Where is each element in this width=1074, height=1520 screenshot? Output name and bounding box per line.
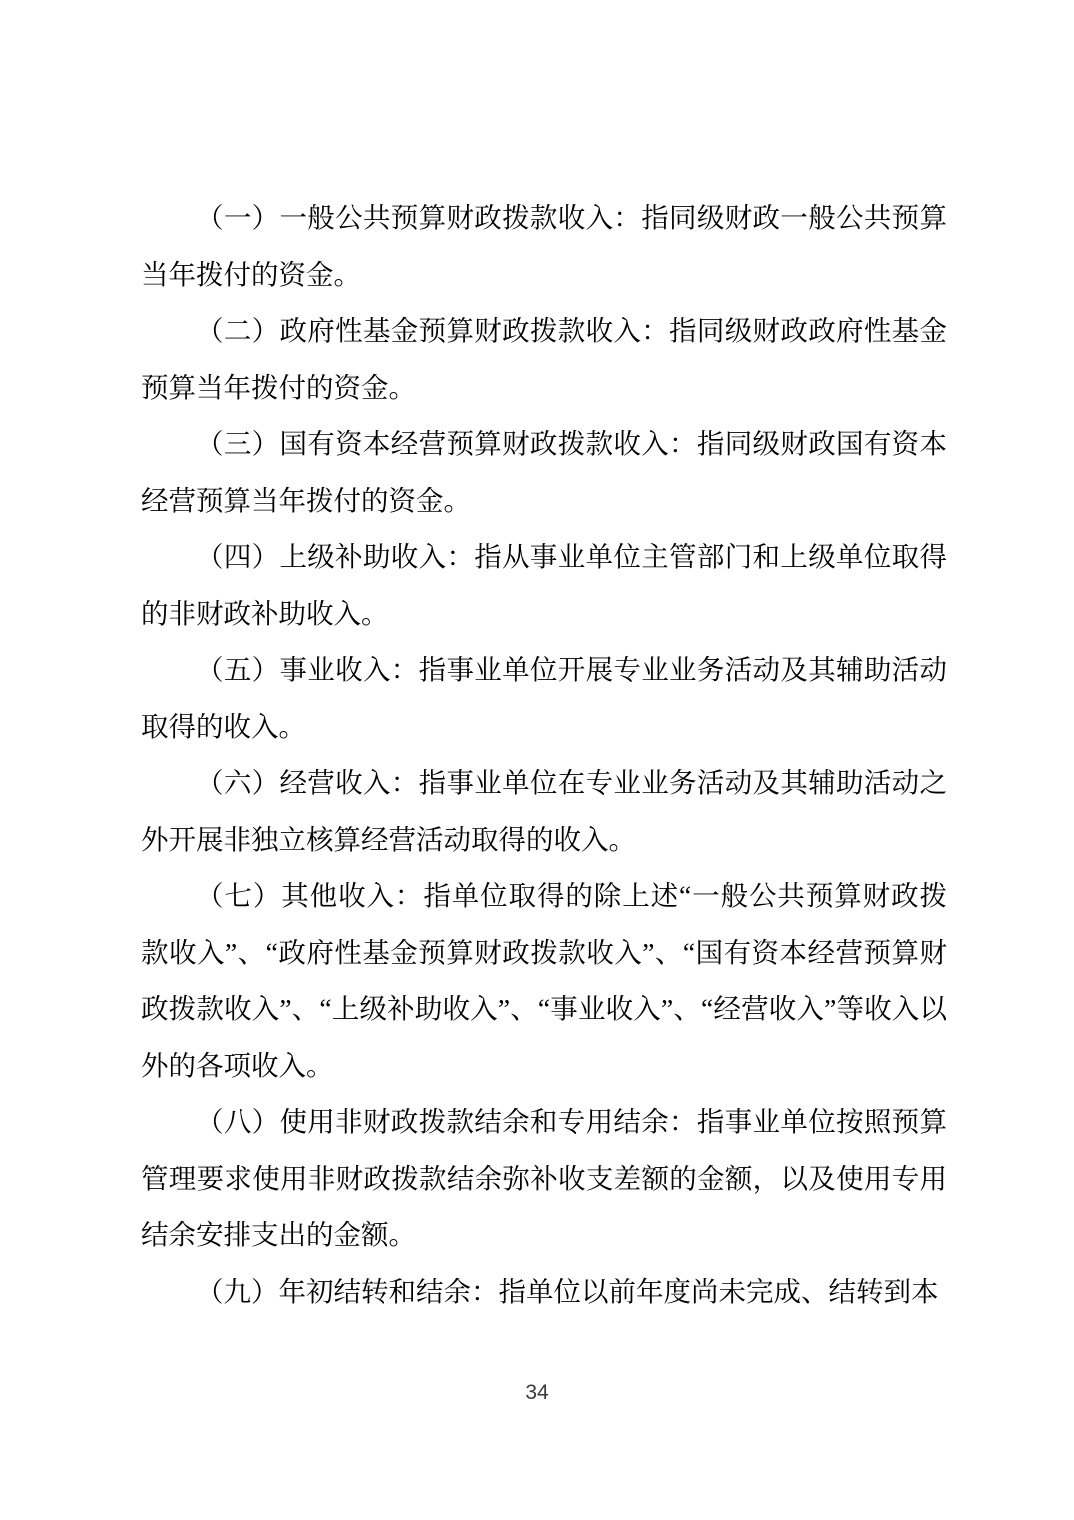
paragraph-income-business: （五）事业收入：指事业单位开展专业业务活动及其辅助活动取得的收入。 bbox=[141, 642, 947, 755]
document-body: （一）一般公共预算财政拨款收入：指同级财政一般公共预算当年拨付的资金。 （二）政… bbox=[141, 190, 947, 1320]
page-number: 34 bbox=[0, 1381, 1074, 1405]
paragraph-income-operating: （六）经营收入：指事业单位在专业业务活动及其辅助活动之外开展非独立核算经营活动取… bbox=[141, 755, 947, 868]
paragraph-carryover-beginning-of-year: （九）年初结转和结余：指单位以前年度尚未完成、结转到本 bbox=[141, 1264, 947, 1321]
document-page: （一）一般公共预算财政拨款收入：指同级财政一般公共预算当年拨付的资金。 （二）政… bbox=[0, 0, 1074, 1520]
paragraph-income-other: （七）其他收入：指单位取得的除上述“一般公共预算财政拨款收入”、“政府性基金预算… bbox=[141, 868, 947, 1094]
paragraph-income-general-public-budget: （一）一般公共预算财政拨款收入：指同级财政一般公共预算当年拨付的资金。 bbox=[141, 190, 947, 303]
paragraph-income-state-capital-budget: （三）国有资本经营预算财政拨款收入：指同级财政国有资本经营预算当年拨付的资金。 bbox=[141, 416, 947, 529]
paragraph-income-superior-subsidy: （四）上级补助收入：指从事业单位主管部门和上级单位取得的非财政补助收入。 bbox=[141, 529, 947, 642]
paragraph-income-government-fund-budget: （二）政府性基金预算财政拨款收入：指同级财政政府性基金预算当年拨付的资金。 bbox=[141, 303, 947, 416]
paragraph-use-of-non-fiscal-surplus: （八）使用非财政拨款结余和专用结余：指事业单位按照预算管理要求使用非财政拨款结余… bbox=[141, 1094, 947, 1264]
